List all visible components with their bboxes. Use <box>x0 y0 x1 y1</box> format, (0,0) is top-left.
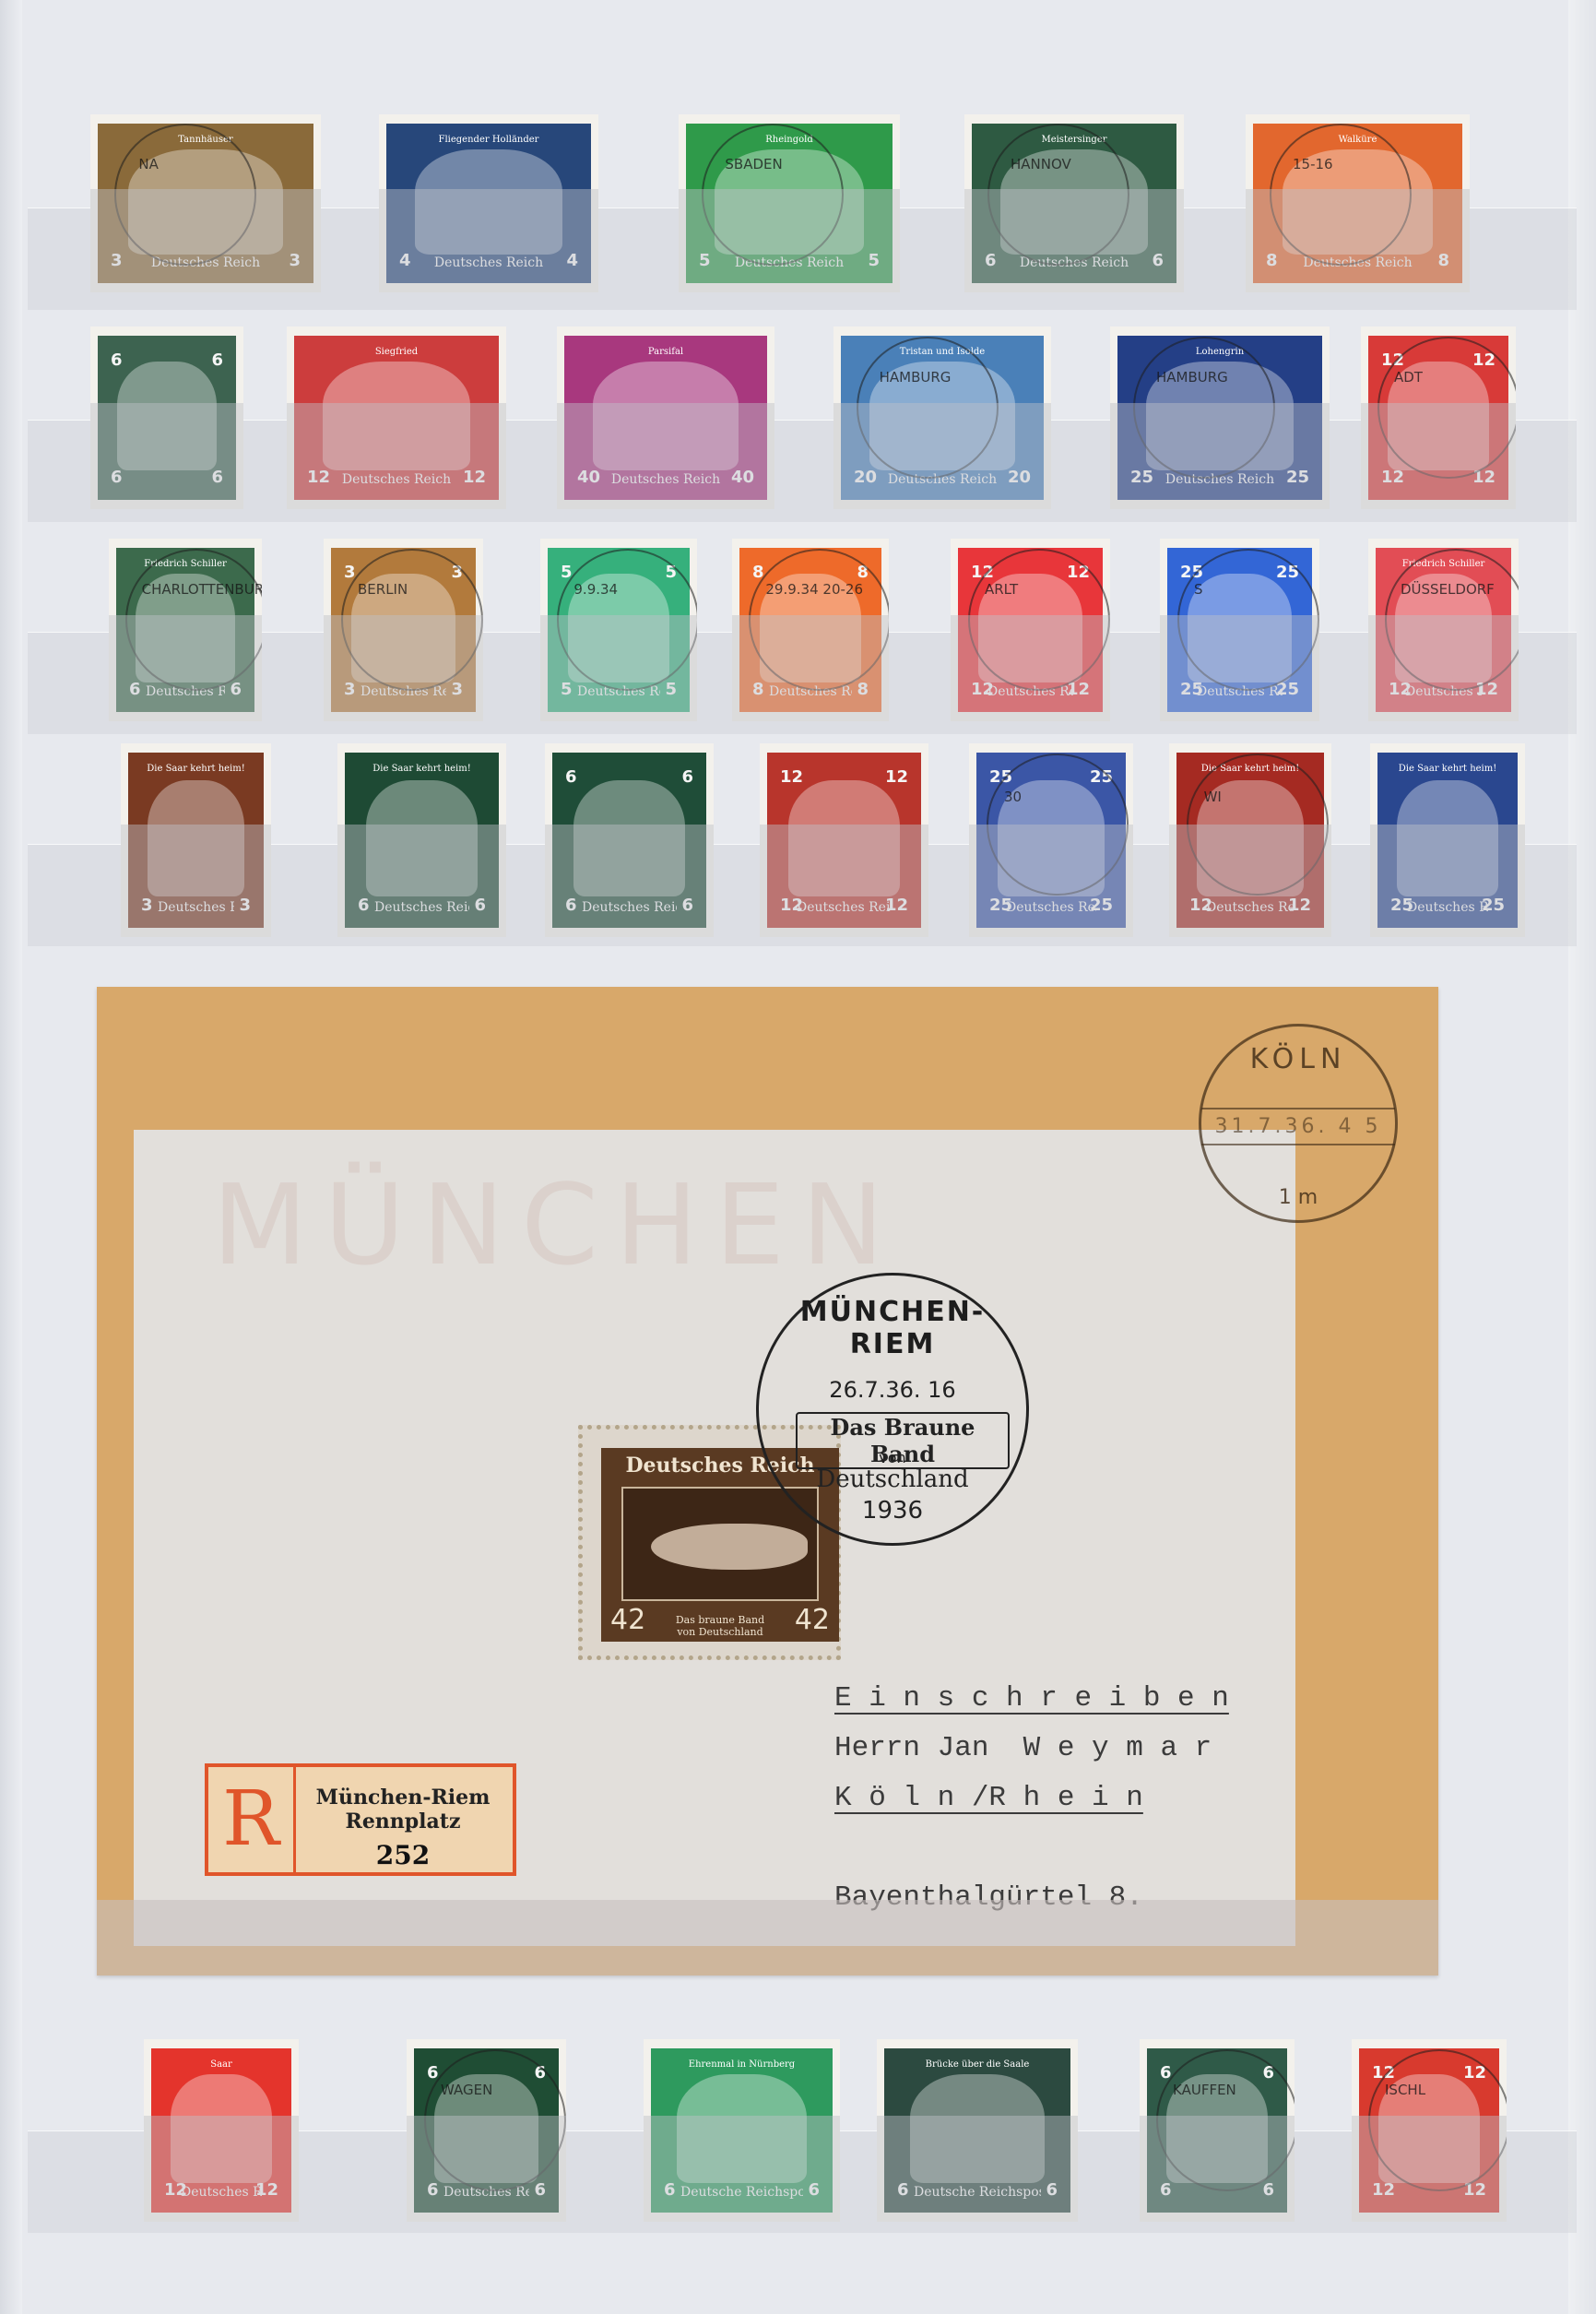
stamp: Brücke über die Saale66Deutsche Reichspo… <box>871 2034 1083 2227</box>
album-page-binding-edge <box>0 0 22 2314</box>
registration-number: 252 <box>297 1840 509 1870</box>
stamp: Walküre88Deutsches Reich15-16 <box>1240 109 1475 298</box>
stamp: Parsifal4040Deutsches Reich <box>551 321 780 515</box>
stamp-top-label: Brücke über die Saale <box>884 2059 1070 2070</box>
stamp-value: 6 <box>111 350 123 370</box>
stamp: 12121212ISCHL <box>1346 2034 1512 2227</box>
postmark-land-text: Deutschland <box>759 1466 1026 1493</box>
registration-place-line-1: München-Riem <box>297 1786 509 1810</box>
stamp: 5555Deutsches Reich9.9.34 <box>535 533 703 727</box>
stamp: Tristan und Isolde2020Deutsches ReichHAM… <box>828 321 1057 515</box>
stamp: Siegfried1212Deutsches Reich <box>281 321 512 515</box>
stamp-top-label: Die Saar kehrt heim! <box>1377 764 1518 774</box>
postmark-text: 9.9.34 <box>573 581 618 598</box>
stamp-top-label: Die Saar kehrt heim! <box>128 764 264 774</box>
stamp-top-label: Parsifal <box>564 347 767 357</box>
postmark-von-text: von <box>759 1449 1026 1466</box>
cover-glassine-strip <box>97 1900 1438 1976</box>
stamp-top-label: Saar <box>151 2059 291 2070</box>
stamp: Fliegender Holländer44Deutsches Reich <box>373 109 604 298</box>
postmark-code: 1 m <box>1201 1186 1395 1209</box>
stamp: 25252525Deutsches ReichS <box>1154 533 1325 727</box>
address-einschreiben: E i n s c h r e i b e n <box>834 1674 1229 1724</box>
stamp: Rheingold55Deutsches ReichSBADEN <box>673 109 905 298</box>
stamp: Friedrich Schiller66Deutsches ReichCHARL… <box>103 533 267 727</box>
stamp-top-label: Siegfried <box>294 347 499 357</box>
ghost-imprint-text: MÜNCHEN <box>212 1162 901 1290</box>
postmark-text: 30 <box>1004 789 1022 805</box>
postmark-text: 15-16 <box>1293 156 1333 172</box>
postmark-year: 1936 <box>759 1497 1026 1525</box>
caption-line-1: Das braune Band <box>666 1614 774 1626</box>
postmark-text: 29.9.34 20-26 <box>765 581 863 598</box>
postmark-text: NA <box>138 156 158 172</box>
muenchen-riem-postmark: MÜNCHEN-RIEM 26.7.36. 16 Das Braune Band… <box>756 1273 1029 1546</box>
stamp: 6666 <box>85 321 249 515</box>
postmark-text: ADT <box>1394 369 1423 386</box>
stamp: Die Saar kehrt heim!1212Deutsches ReichW… <box>1164 738 1337 943</box>
registration-label: R München-Riem Rennplatz 252 <box>205 1763 516 1876</box>
postmark-text: HAMBURG <box>880 369 952 386</box>
stamp: Die Saar kehrt heim!66Deutsches Reich <box>332 738 512 943</box>
postmark-city: MÜNCHEN-RIEM <box>759 1296 1026 1360</box>
postmark-text: DÜSSELDORF <box>1401 581 1495 598</box>
stamp: Saar1212Deutsches Reich <box>138 2034 304 2227</box>
stamp-top-label: Ehrenmal in Nürnberg <box>651 2059 833 2070</box>
stamp-value: 12 <box>885 767 908 787</box>
stamp-value: 12 <box>780 767 803 787</box>
postmark-text: KAUFFEN <box>1173 2082 1236 2098</box>
address-recipient: Herrn Jan W e y m a r <box>834 1724 1229 1774</box>
registered-r-letter: R <box>208 1767 296 1872</box>
postmark-text: ISCHL <box>1385 2082 1425 2098</box>
stamp: 12121212ADT <box>1355 321 1521 515</box>
stamp: 12121212Deutsches Reich <box>754 738 934 943</box>
stamp-value: 6 <box>565 767 577 787</box>
postmark-text: SBADEN <box>725 156 782 172</box>
postmark-text: S <box>1194 581 1203 598</box>
stamp: 8888Deutsches Reich29.9.34 20-26 <box>727 533 894 727</box>
registration-place: München-Riem Rennplatz <box>297 1786 509 1833</box>
stamp: Meistersinger66Deutsches ReichHANNOV <box>959 109 1189 298</box>
typed-address: E i n s c h r e i b e n Herrn Jan W e y … <box>834 1674 1229 1923</box>
address-city: K ö l n /R h e i n <box>834 1774 1229 1823</box>
stamp: Die Saar kehrt heim!33Deutsches Reich <box>115 738 277 943</box>
stamp: Friedrich Schiller1212Deutsches ReichDÜS… <box>1363 533 1524 727</box>
stamp: Tannhäuser33Deutsches ReichNA <box>85 109 326 298</box>
caption-line-2: von Deutschland <box>666 1626 774 1638</box>
stamp-value-left: 42 <box>610 1604 645 1636</box>
registration-place-line-2: Rennplatz <box>297 1810 509 1833</box>
stamp-value: 6 <box>681 767 693 787</box>
glassine-strip <box>28 420 1577 522</box>
postmark-text: HANNOV <box>1011 156 1071 172</box>
album-page-right-edge <box>1568 0 1596 2314</box>
postmark-text: HAMBURG <box>1156 369 1228 386</box>
stamp: Die Saar kehrt heim!2525Deutsches Reich <box>1365 738 1531 943</box>
koeln-postmark: KÖLN 31.7.36. 4 5 1 m <box>1199 1024 1398 1223</box>
stamp-value-right: 42 <box>795 1604 830 1636</box>
postmark-text: WAGEN <box>441 2082 492 2098</box>
postmark-city: KÖLN <box>1201 1043 1395 1075</box>
stamp: 12121212Deutsches ReichARLT <box>945 533 1116 727</box>
stamp-top-label: Fliegender Holländer <box>386 135 591 145</box>
postmark-date: 26.7.36. 16 <box>759 1377 1026 1403</box>
stamp: 6666Deutsches ReichWAGEN <box>401 2034 572 2227</box>
postmark-text: CHARLOTTENBURG <box>142 581 267 598</box>
horse-icon <box>651 1524 808 1570</box>
stamp: Ehrenmal in Nürnberg66Deutsche Reichspos… <box>638 2034 845 2227</box>
postmark-text: WI <box>1204 789 1222 805</box>
postmark-date: 31.7.36. 4 5 <box>1201 1108 1395 1145</box>
postmark-text: BERLIN <box>358 581 408 598</box>
postmark-text: ARLT <box>985 581 1018 598</box>
stamp: 25252525Deutsches Reich30 <box>964 738 1139 943</box>
stamp: 6666Deutsches Reich <box>539 738 719 943</box>
stamp-top-label: Die Saar kehrt heim! <box>345 764 499 774</box>
stamp: 6666KAUFFEN <box>1134 2034 1300 2227</box>
stamp: Lohengrin2525Deutsches ReichHAMBURG <box>1105 321 1335 515</box>
stamp-caption: Das braune Band von Deutschland <box>666 1614 774 1638</box>
stamp: 3333Deutsches ReichBERLIN <box>318 533 489 727</box>
stamp-value: 6 <box>211 350 223 370</box>
